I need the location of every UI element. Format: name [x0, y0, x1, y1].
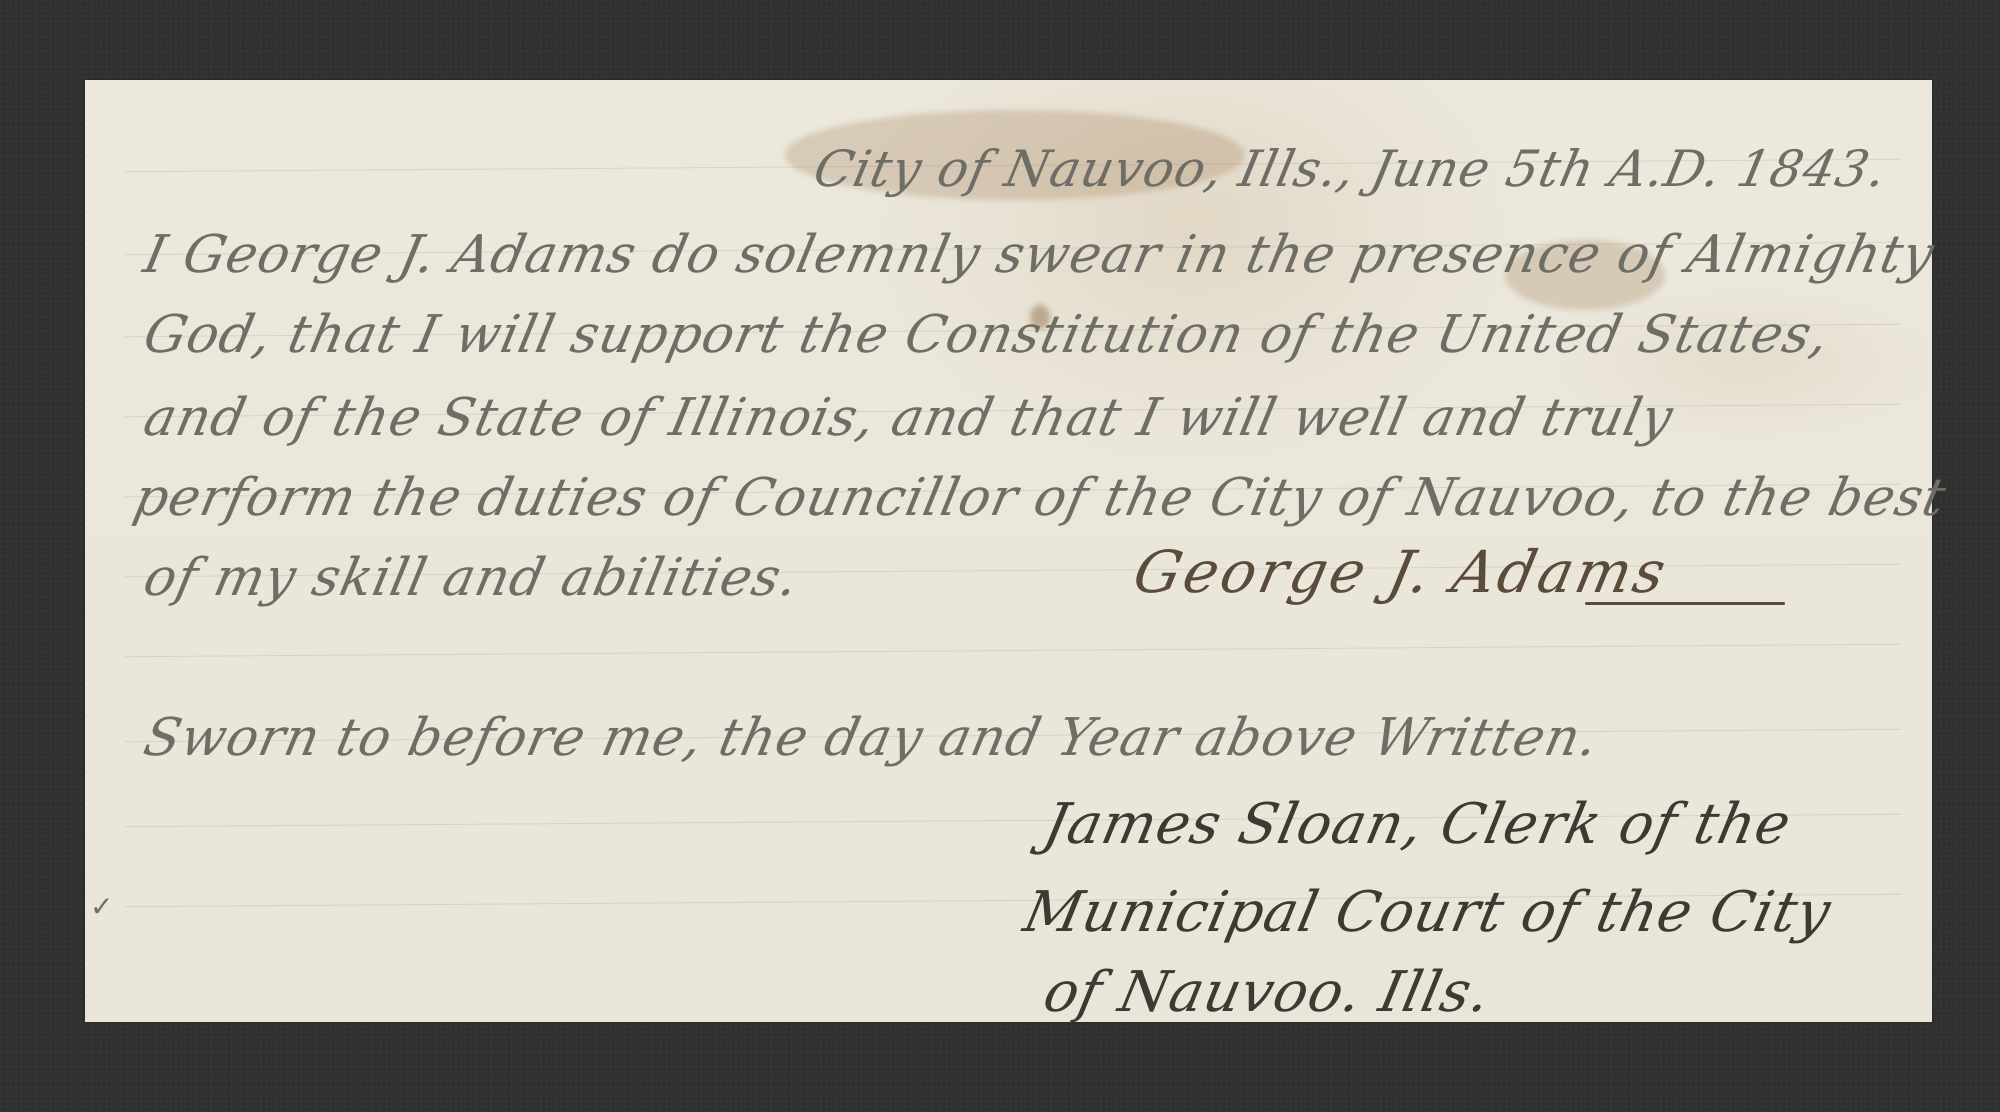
document-page: City of Nauvoo, Ills., June 5th A.D. 184…	[85, 80, 1932, 1022]
oath-line-5: of my skill and abilities.	[139, 548, 805, 608]
clerk-line-2: Municipal Court of the City	[1018, 880, 1837, 945]
place-date-heading: City of Nauvoo, Ills., June 5th A.D. 184…	[809, 140, 1893, 198]
attestation-line: Sworn to before me, the day and Year abo…	[139, 708, 1604, 768]
oath-line-1: I George J. Adams do solemnly swear in t…	[139, 225, 1940, 285]
clerk-line-3: of Nauvoo. Ills.	[1038, 960, 1497, 1025]
check-mark-icon: ✓	[90, 890, 113, 923]
oath-line-4: perform the duties of Councillor of the …	[129, 468, 1952, 528]
oath-line-3: and of the State of Illinois, and that I…	[139, 388, 1679, 448]
oath-signature: George J. Adams	[1128, 538, 1675, 606]
clerk-line-1: James Sloan, Clerk of the	[1038, 792, 1797, 857]
ruled-line	[125, 644, 1902, 657]
oath-line-2: God, that I will support the Constitutio…	[139, 305, 1835, 365]
signature-flourish	[1585, 602, 1785, 605]
